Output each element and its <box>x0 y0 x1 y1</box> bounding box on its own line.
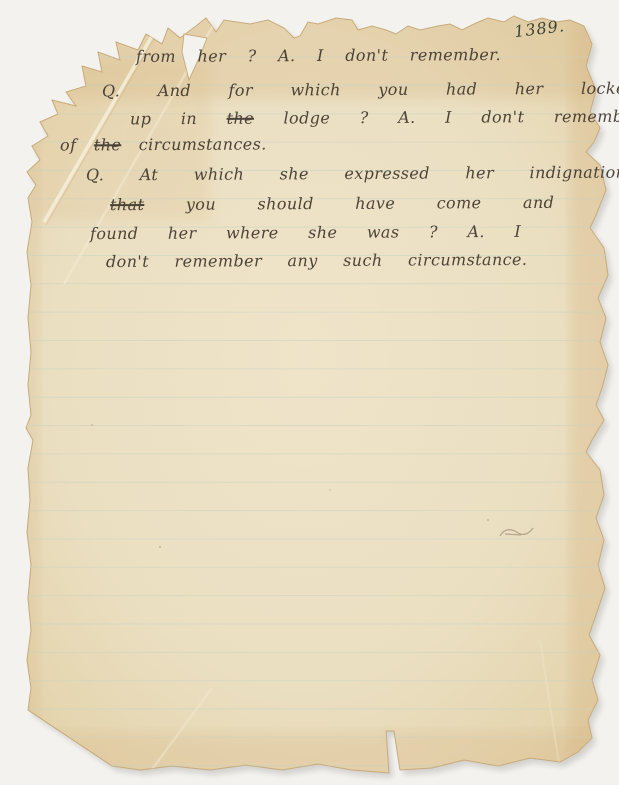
handwriting-word: don't <box>481 107 524 126</box>
handwriting-line: that you should have come and <box>110 193 554 214</box>
handwriting-word: you <box>378 80 408 99</box>
handwriting-word: which <box>194 165 244 184</box>
handwriting-word: of <box>60 135 76 154</box>
handwriting-word: her <box>515 79 544 98</box>
handwriting-line: don't remember any such circumstance. <box>106 250 527 271</box>
handwriting-line: of the circumstances. <box>60 134 267 154</box>
handwriting-word: And <box>158 81 191 100</box>
handwriting-word: I <box>445 108 452 127</box>
handwriting-word-struck: the <box>227 109 255 128</box>
handwriting-line: from her ? A. I don't remember. <box>136 45 501 66</box>
handwriting-word: don't <box>106 252 149 271</box>
scanned-document: 1389. from her ? A. I don't remember.Q. … <box>0 0 619 785</box>
aging-bottom <box>30 732 605 785</box>
handwriting-word: A. <box>398 108 416 127</box>
handwriting-word: any <box>287 251 317 270</box>
handwriting-line: found her where she was ? A. I <box>90 222 521 243</box>
handwriting-word: she <box>280 164 309 183</box>
handwriting-line: Q. At which she expressed her indignatio… <box>86 163 619 185</box>
handwriting-word: her <box>465 163 494 182</box>
handwriting-word: remember <box>554 107 619 126</box>
handwriting-word: for <box>228 81 253 100</box>
handwriting-line: up in the lodge ? A. I don't remember <box>130 107 619 129</box>
handwriting-word: and <box>523 193 554 212</box>
handwriting-word: I <box>514 222 521 241</box>
handwriting-word: lodge ? <box>283 108 368 127</box>
handwriting-word: such <box>343 251 382 270</box>
handwriting-word: should <box>257 194 313 213</box>
handwriting-word: expressed <box>344 164 430 183</box>
handwriting-word: don't <box>345 46 388 65</box>
handwriting-word: was ? <box>367 222 438 241</box>
handwriting-word: from her ? <box>136 46 257 66</box>
handwriting-word: which <box>290 80 340 99</box>
handwriting-word: have <box>355 194 395 213</box>
handwriting-word: Q. <box>102 81 120 100</box>
handwriting-word: indignation <box>529 163 619 183</box>
handwriting-word: circumstances. <box>139 134 267 154</box>
handwriting-word: remember. <box>410 45 501 64</box>
handwriting-word-struck: the <box>94 135 122 154</box>
aging-right <box>570 20 616 770</box>
handwriting-word: circumstance. <box>408 250 527 270</box>
handwriting-word: her <box>168 224 197 243</box>
handwriting-word: found <box>90 224 139 243</box>
handwriting-word-struck: that <box>110 195 144 214</box>
handwriting-word: A. <box>467 222 485 241</box>
handwriting-word: she <box>308 223 337 242</box>
handwriting-word: A. <box>278 46 296 65</box>
handwriting-word: up <box>130 109 151 128</box>
handwriting-word: Q. <box>86 165 104 184</box>
handwriting-word: you <box>186 195 216 214</box>
handwriting-word: in <box>181 109 197 128</box>
handwriting-word: remember <box>174 251 262 270</box>
handwriting-word: had <box>446 79 477 98</box>
handwriting-line: Q. And for which you had her locked <box>102 79 619 101</box>
handwriting-word: locked <box>581 79 619 98</box>
handwriting-word: where <box>226 223 279 242</box>
handwriting-word: come <box>437 193 482 212</box>
handwriting-word: At <box>140 165 159 184</box>
handwriting-word: I <box>317 46 324 65</box>
